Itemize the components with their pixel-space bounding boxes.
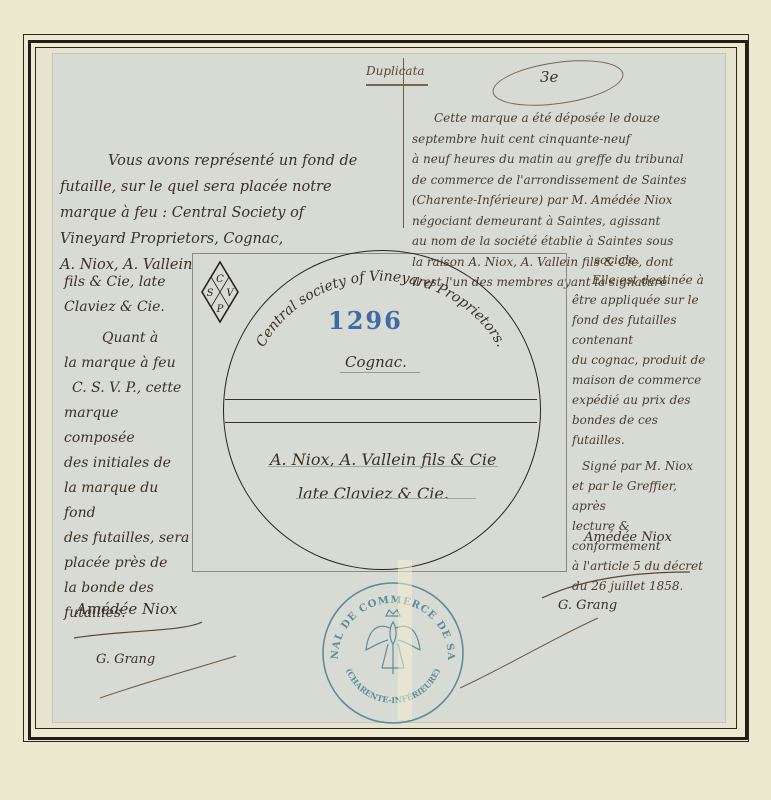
left-col-line: C. S. V. P., cette	[64, 376, 192, 401]
right-line: sociale.	[572, 250, 712, 270]
signature-flourish	[72, 610, 212, 640]
right-col-line: et par le Greffier, après	[572, 476, 712, 516]
serial-number-stamp: 1296	[328, 306, 403, 335]
right-line: (Charente-Inférieure) par M. Amédée Niox	[412, 190, 712, 211]
right-line: au nom de la société établie à Saintes s…	[412, 231, 712, 252]
left-line: Vous avons représenté un fond de	[60, 148, 390, 174]
owners-underline-1	[268, 466, 498, 467]
right-line: de commerce de l'arrondissement de Saint…	[412, 170, 712, 191]
left-col-line: placée près de	[64, 551, 192, 576]
left-line: Claviez & Cie.	[64, 295, 192, 320]
signature-flourish	[460, 610, 600, 690]
left-line: Vineyard Proprietors, Cognac,	[60, 226, 390, 252]
left-line: futaille, sur le quel sera placée notre	[60, 174, 390, 200]
duplicate-underline	[366, 84, 428, 86]
left-line: fils & Cie, late	[64, 270, 192, 295]
right-col-line: du cognac, produit de	[572, 350, 712, 370]
signature-right-niox: Amédée Niox	[584, 530, 672, 545]
left-col-line: marque composée	[64, 401, 192, 451]
right-col-line: expédié au prix des	[572, 390, 712, 410]
owners-underline-2	[296, 498, 476, 499]
right-col-line: fond des futailles contenant	[572, 310, 712, 350]
place-underline	[340, 372, 420, 373]
svg-text:S: S	[207, 288, 214, 299]
left-col-line: des futailles, sera	[64, 526, 192, 551]
left-column-text: fils & Cie, late Claviez & Cie. Quant à …	[64, 270, 192, 626]
right-line: à neuf heures du matin au greffe du trib…	[412, 149, 712, 170]
signature-flourish	[100, 650, 240, 700]
left-col-line: Quant à	[64, 326, 192, 351]
duplicate-label: Duplicata	[366, 64, 425, 78]
left-col-line: la marque du fond	[64, 476, 192, 526]
signature-flourish	[540, 570, 700, 600]
right-col-line: Signé par M. Niox	[572, 456, 712, 476]
right-line: négociant demeurant à Saintes, agissant	[412, 211, 712, 232]
right-col-line: Elle est destinée à	[572, 270, 712, 290]
owners-line-2: late Claviez & Cie.	[298, 484, 449, 503]
fold-mark	[398, 560, 412, 720]
left-col-line: la marque à feu	[64, 351, 192, 376]
right-line: Cette marque a été déposée le douze	[412, 108, 712, 129]
place-name: Cognac.	[345, 353, 407, 371]
right-col-line: maison de commerce	[572, 370, 712, 390]
reference-number: 3e	[540, 68, 558, 86]
tribunal-seal-icon: TRIBUNAL DE COMMERCE DE SAINTES (CHARENT…	[318, 578, 468, 728]
left-line: marque à feu : Central Society of	[60, 200, 390, 226]
right-line: septembre huit cent cinquante-neuf	[412, 129, 712, 150]
left-col-line: des initiales de	[64, 451, 192, 476]
right-col-line: bondes de ces futailles.	[572, 410, 712, 450]
left-col-line: la bonde des	[64, 576, 192, 601]
right-col-line: être appliquée sur le	[572, 290, 712, 310]
